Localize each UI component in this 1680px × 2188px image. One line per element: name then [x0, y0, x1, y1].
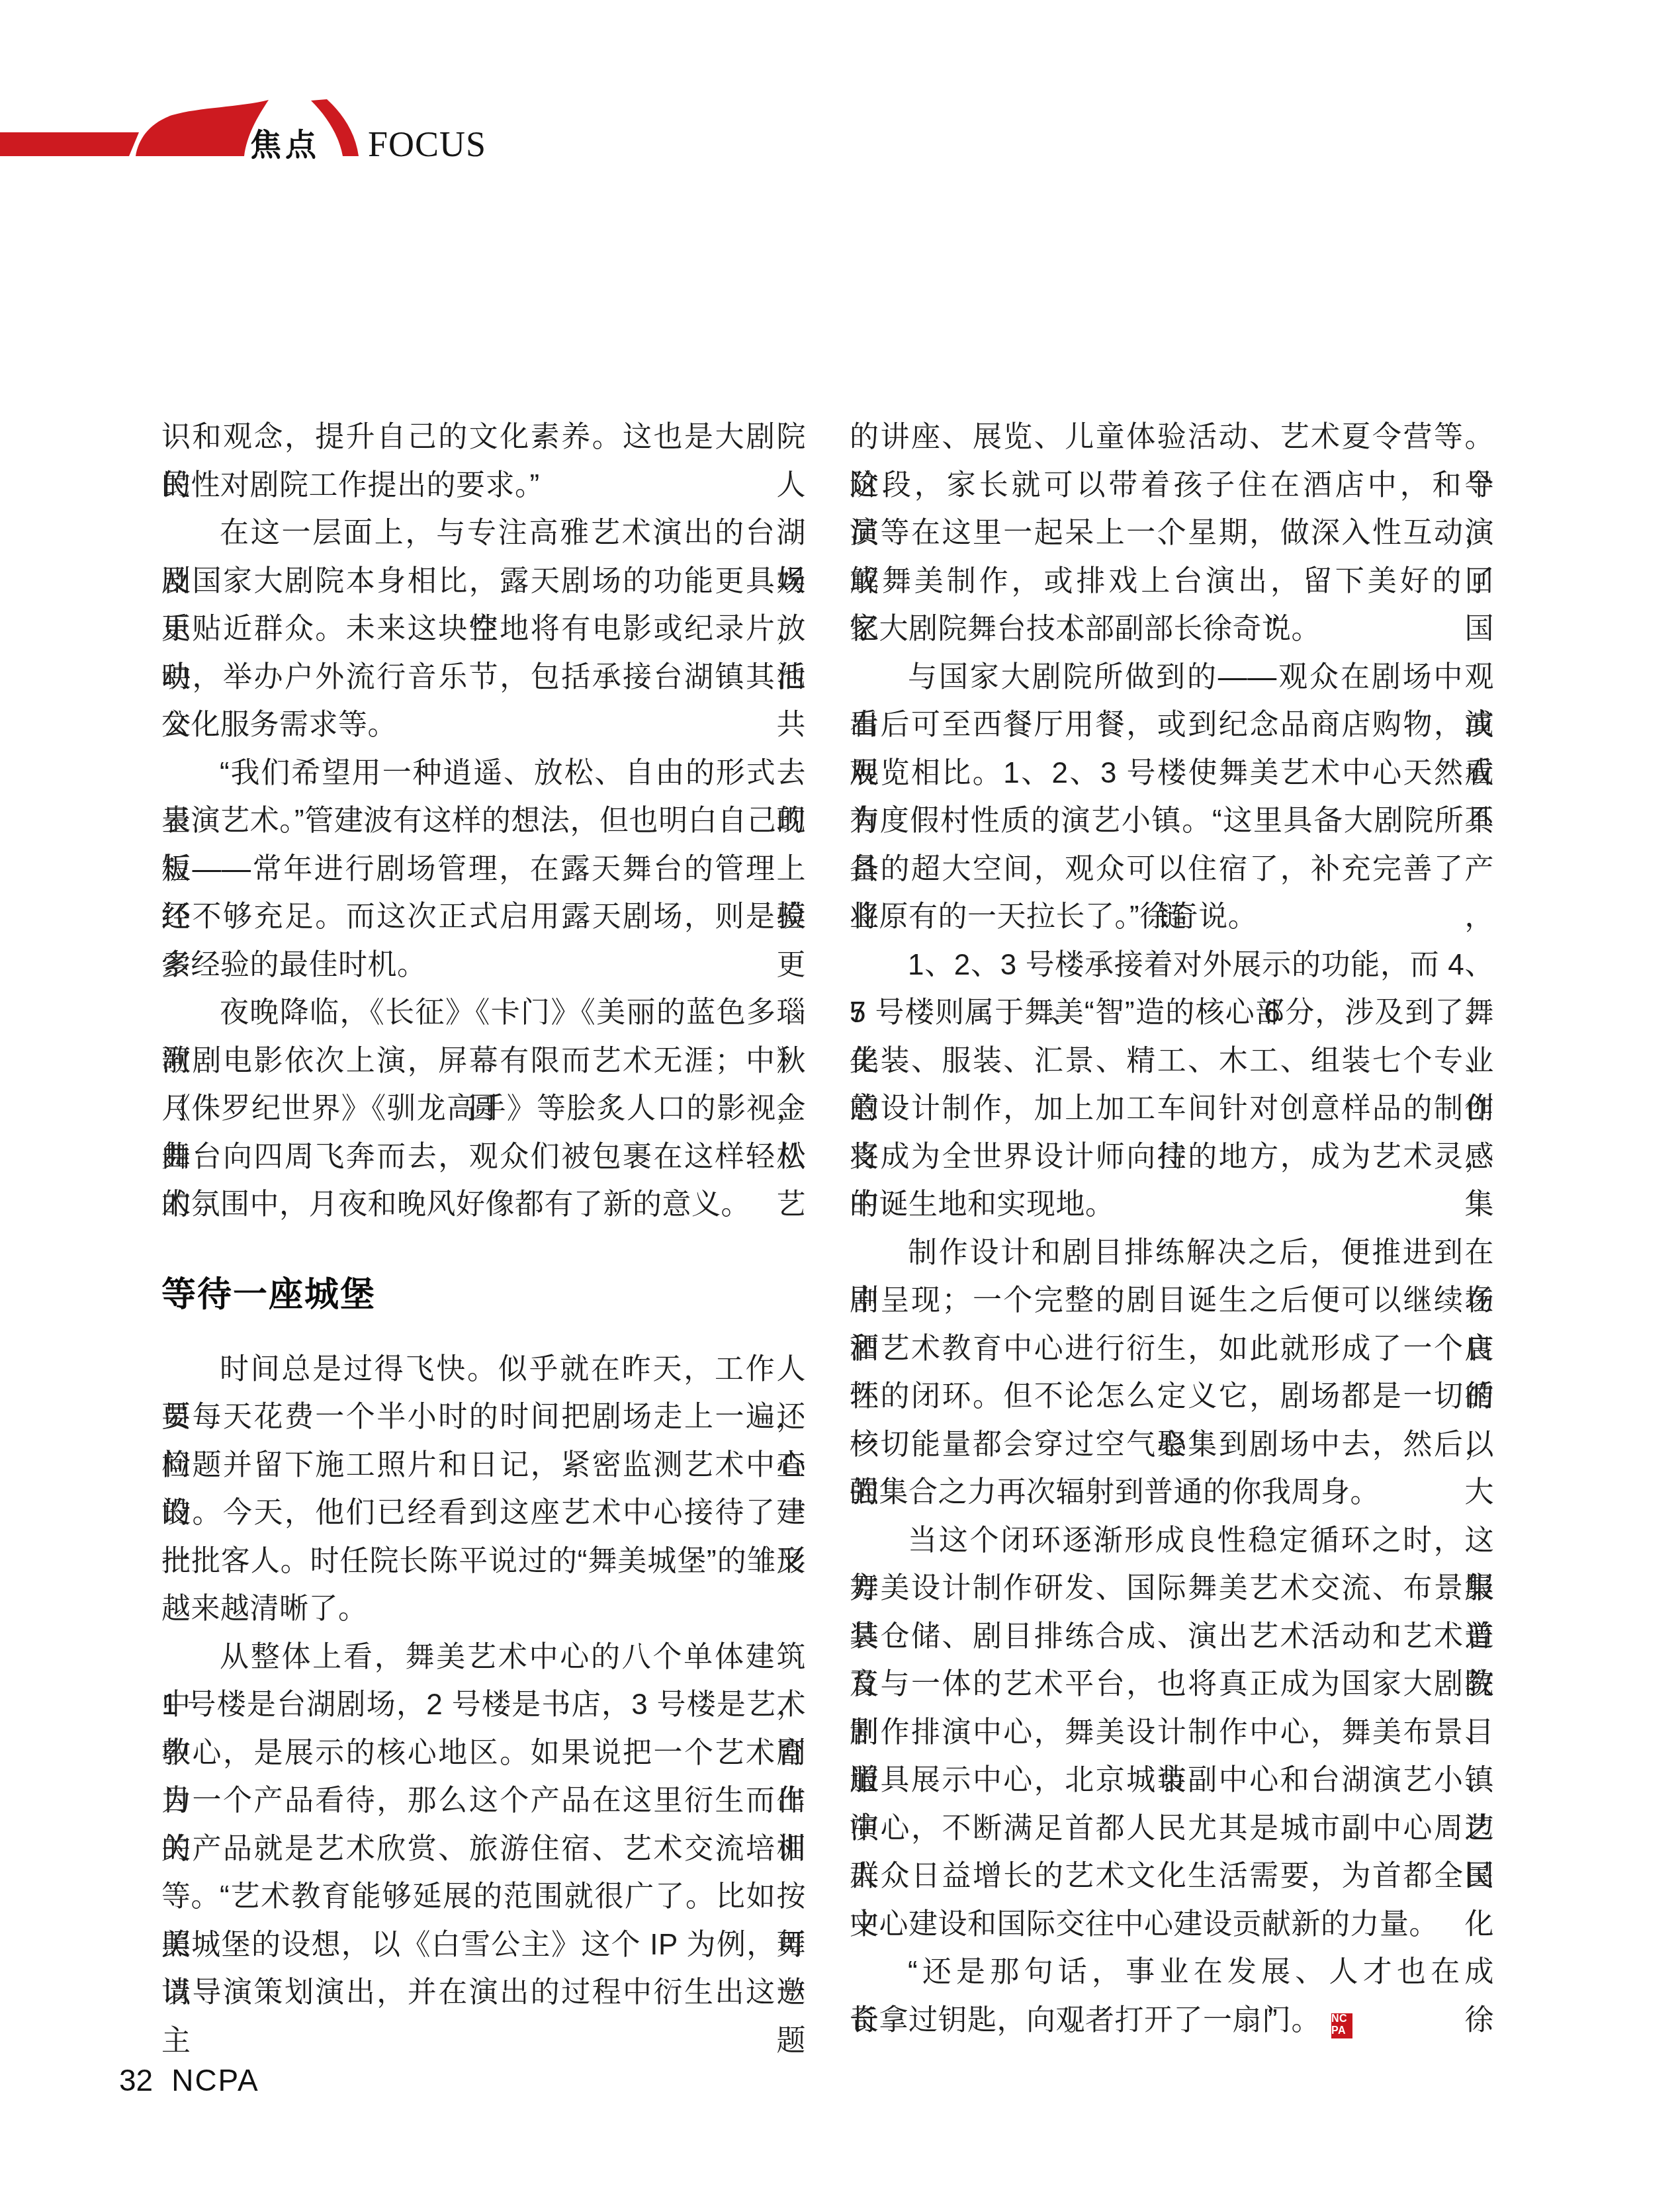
text-line: 时间总是过得飞快。似乎就在昨天，工作人员还: [161, 1346, 806, 1394]
seal-line2: PA: [1331, 2025, 1352, 2037]
text-line: 制作排演中心，舞美设计制作中心，舞美布景、服装、: [850, 1709, 1494, 1757]
text-line: 化装、服装、汇景、精工、木工、组装七个专业的创: [850, 1037, 1494, 1086]
journal-brand: NCPA: [171, 2063, 259, 2097]
page-number: 32: [119, 2063, 153, 2097]
text-line: 备的超大空间，观众可以住宿了，补充完善了产业链，: [850, 846, 1494, 894]
text-line: 阶段，家长就可以带着孩子住在酒店中，和导演、演: [850, 462, 1494, 510]
text-line: 板——常年进行剧场管理，在露天舞台的管理上经验: [161, 846, 806, 894]
text-line: 和艺术教育中心进行衍生，如此就形成了一个良性循: [850, 1325, 1494, 1374]
text-line: 表演艺术。”管建波有这样的想法，但也明白自己的短: [161, 797, 806, 846]
text-line: 《侏罗纪世界》《驯龙高手》等脍炙人口的影视金曲从: [161, 1085, 806, 1133]
text-line: 道具展示中心，北京城市副中心和台湖演艺小镇演艺: [850, 1757, 1494, 1805]
text-line: 一切能量都会穿过空气聚集到剧场中去，然后以强大: [850, 1421, 1494, 1469]
text-line: 更贴近群众。未来这块空地将有电影或纪录片放映活: [161, 605, 806, 654]
text-line: 解舞美制作，或排戏上台演出，留下美好的回忆。”国: [850, 558, 1494, 606]
text-column-left: 识和观念，提升自己的文化素养。这也是大剧院的人民性对剧院工作提出的要求。”在这一…: [161, 414, 806, 2017]
text-line: 动，举办户外流行音乐节，包括承接台湖镇其他公共: [161, 654, 806, 702]
text-line: 舞美设计制作研发、国际舞美艺术交流、布景服装道: [850, 1565, 1494, 1613]
text-line: 中心，不断满足首都人民尤其是城市副中心周边人民: [850, 1805, 1494, 1853]
text-line: “我们希望用一种逍遥、放松、自由的形式去呈现: [161, 750, 806, 798]
text-line: 的讲座、展览、儿童体验活动、艺术夏令营等。这个: [850, 414, 1494, 462]
text-line: 一批客人。时任院长陈平说过的“舞美城堡”的雏形: [161, 1538, 806, 1586]
text-line: 在这一层面上，与专注高雅艺术演出的台湖剧场: [161, 509, 806, 558]
text-line: 将成为全世界设计师向往的地方，成为艺术灵感的集: [850, 1133, 1494, 1182]
text-line: 具仓储、剧目排练合成、演出艺术活动和艺术普及教: [850, 1613, 1494, 1661]
section-banner: 焦点 FOCUS: [0, 98, 516, 180]
page-footer: 32NCPA: [119, 2063, 259, 2097]
banner-artwork: 焦点 FOCUS: [0, 98, 516, 180]
text-line: 关产品就是艺术欣赏、旅游住宿、艺术交流培训等。: [161, 1825, 806, 1874]
text-line: 出后可至西餐厅用餐，或到纪念品商店购物，或观看: [850, 701, 1494, 750]
seal-line1: NC: [1331, 2013, 1352, 2025]
text-line: 7 号楼则属于舞美“智”造的核心部分，涉及到了舞美、: [850, 989, 1494, 1037]
text-line: 还不够充足。而这次正式启用露天剧场，则是摸索更: [161, 893, 806, 941]
text-line: 有度假村性质的演艺小镇。“这里具备大剧院所不具: [850, 797, 1494, 846]
section-title-cn: 焦点: [250, 127, 320, 162]
text-line: 1、2、3 号楼承接着对外展示的功能，而 4、5、6、: [850, 941, 1494, 990]
text-line: 群众日益增长的艺术文化生活需要，为首都全国文化: [850, 1853, 1494, 1901]
banner-red-bar: [0, 132, 139, 156]
section-heading: 等待一座城堡: [161, 1274, 806, 1315]
text-line: 夜晚降临，《长征》《卡门》《美丽的蓝色多瑙河》: [161, 989, 806, 1037]
text-line: 意设计制作，加上加工车间针对创意样品的制作支持，: [850, 1085, 1494, 1133]
text-line: 环的闭环。但不论怎么定义它，剧场都是一切的核心，: [850, 1373, 1494, 1421]
text-line: 设。今天，他们已经看到这座艺术中心接待了一批又: [161, 1489, 806, 1538]
text-line: 请导演策划演出，并在演出的过程中衍生出这一主题: [161, 1969, 806, 2017]
text-line: 问题并留下施工照片和日记，紧密监测艺术中心的建: [161, 1442, 806, 1490]
text-line: 及国家大剧院本身相比，露天剧场的功能更具娱乐性，: [161, 558, 806, 606]
text-line: 从整体上看，舞美艺术中心的八个单体建筑中，: [161, 1634, 806, 1682]
ncpa-end-seal: NCPA: [1331, 2013, 1352, 2038]
text-line: 当这个闭环逐渐形成良性稳定循环之时，这方集: [850, 1517, 1494, 1565]
text-line: 1 号楼是台湖剧场，2 号楼是书店，3 号楼是艺术教育: [161, 1681, 806, 1729]
text-line: “还是那句话，事业在发展、人才也在成长。”徐: [850, 1948, 1494, 1997]
text-line: 美城堡的设想，以《白雪公主》这个 IP 为例，可以邀: [161, 1921, 806, 1970]
text-line: 中心，是展示的核心地区。如果说把一个艺术剧目作: [161, 1729, 806, 1778]
text-line: 育与一体的艺术平台，也将真正成为国家大剧院剧目: [850, 1661, 1494, 1709]
text-line: 为一个产品看待，那么这个产品在这里衍生而出的相: [161, 1777, 806, 1825]
text-line: 识和观念，提升自己的文化素养。这也是大剧院的人: [161, 414, 806, 462]
text-line: 与国家大剧院所做到的——观众在剧场中观看演: [850, 654, 1494, 702]
text-line: “艺术教育能够延展的范围就很广了。比如按照舞: [161, 1873, 806, 1921]
text-line: 员等在这里一起呆上一个星期，做深入性互动，或了: [850, 509, 1494, 558]
text-line: 越来越清晰了。: [161, 1585, 806, 1634]
magazine-page: 焦点 FOCUS 识和观念，提升自己的文化素养。这也是大剧院的人民性对剧院工作提…: [0, 0, 1680, 2188]
text-line: 中呈现；一个完整的剧目诞生之后便可以继续在酒店: [850, 1277, 1494, 1325]
text-line: 术氛围中，月夜和晚风好像都有了新的意义。: [161, 1181, 806, 1229]
banner-dome-shape: [136, 100, 269, 156]
text-line: 展览相比。1、2、3 号楼使舞美艺术中心天然成为具: [850, 750, 1494, 798]
text-line: 歌剧电影依次上演，屏幕有限而艺术无涯；中秋月圆，: [161, 1037, 806, 1086]
section-title-en: FOCUS: [368, 124, 486, 164]
text-line: 舞台向四周飞奔而去，观众们被包裹在这样轻松的艺: [161, 1133, 806, 1182]
text-column-right: 的讲座、展览、儿童体验活动、艺术夏令营等。这个阶段，家长就可以带着孩子住在酒店中…: [850, 414, 1494, 2044]
text-line: 制作设计和剧目排练解决之后，便推进到在剧场: [850, 1229, 1494, 1278]
text-line: 要每天花费一个半小时的时间把剧场走上一遍，检查: [161, 1393, 806, 1442]
text-line: 中心建设和国际交往中心建设贡献新的力量。: [850, 1901, 1494, 1949]
